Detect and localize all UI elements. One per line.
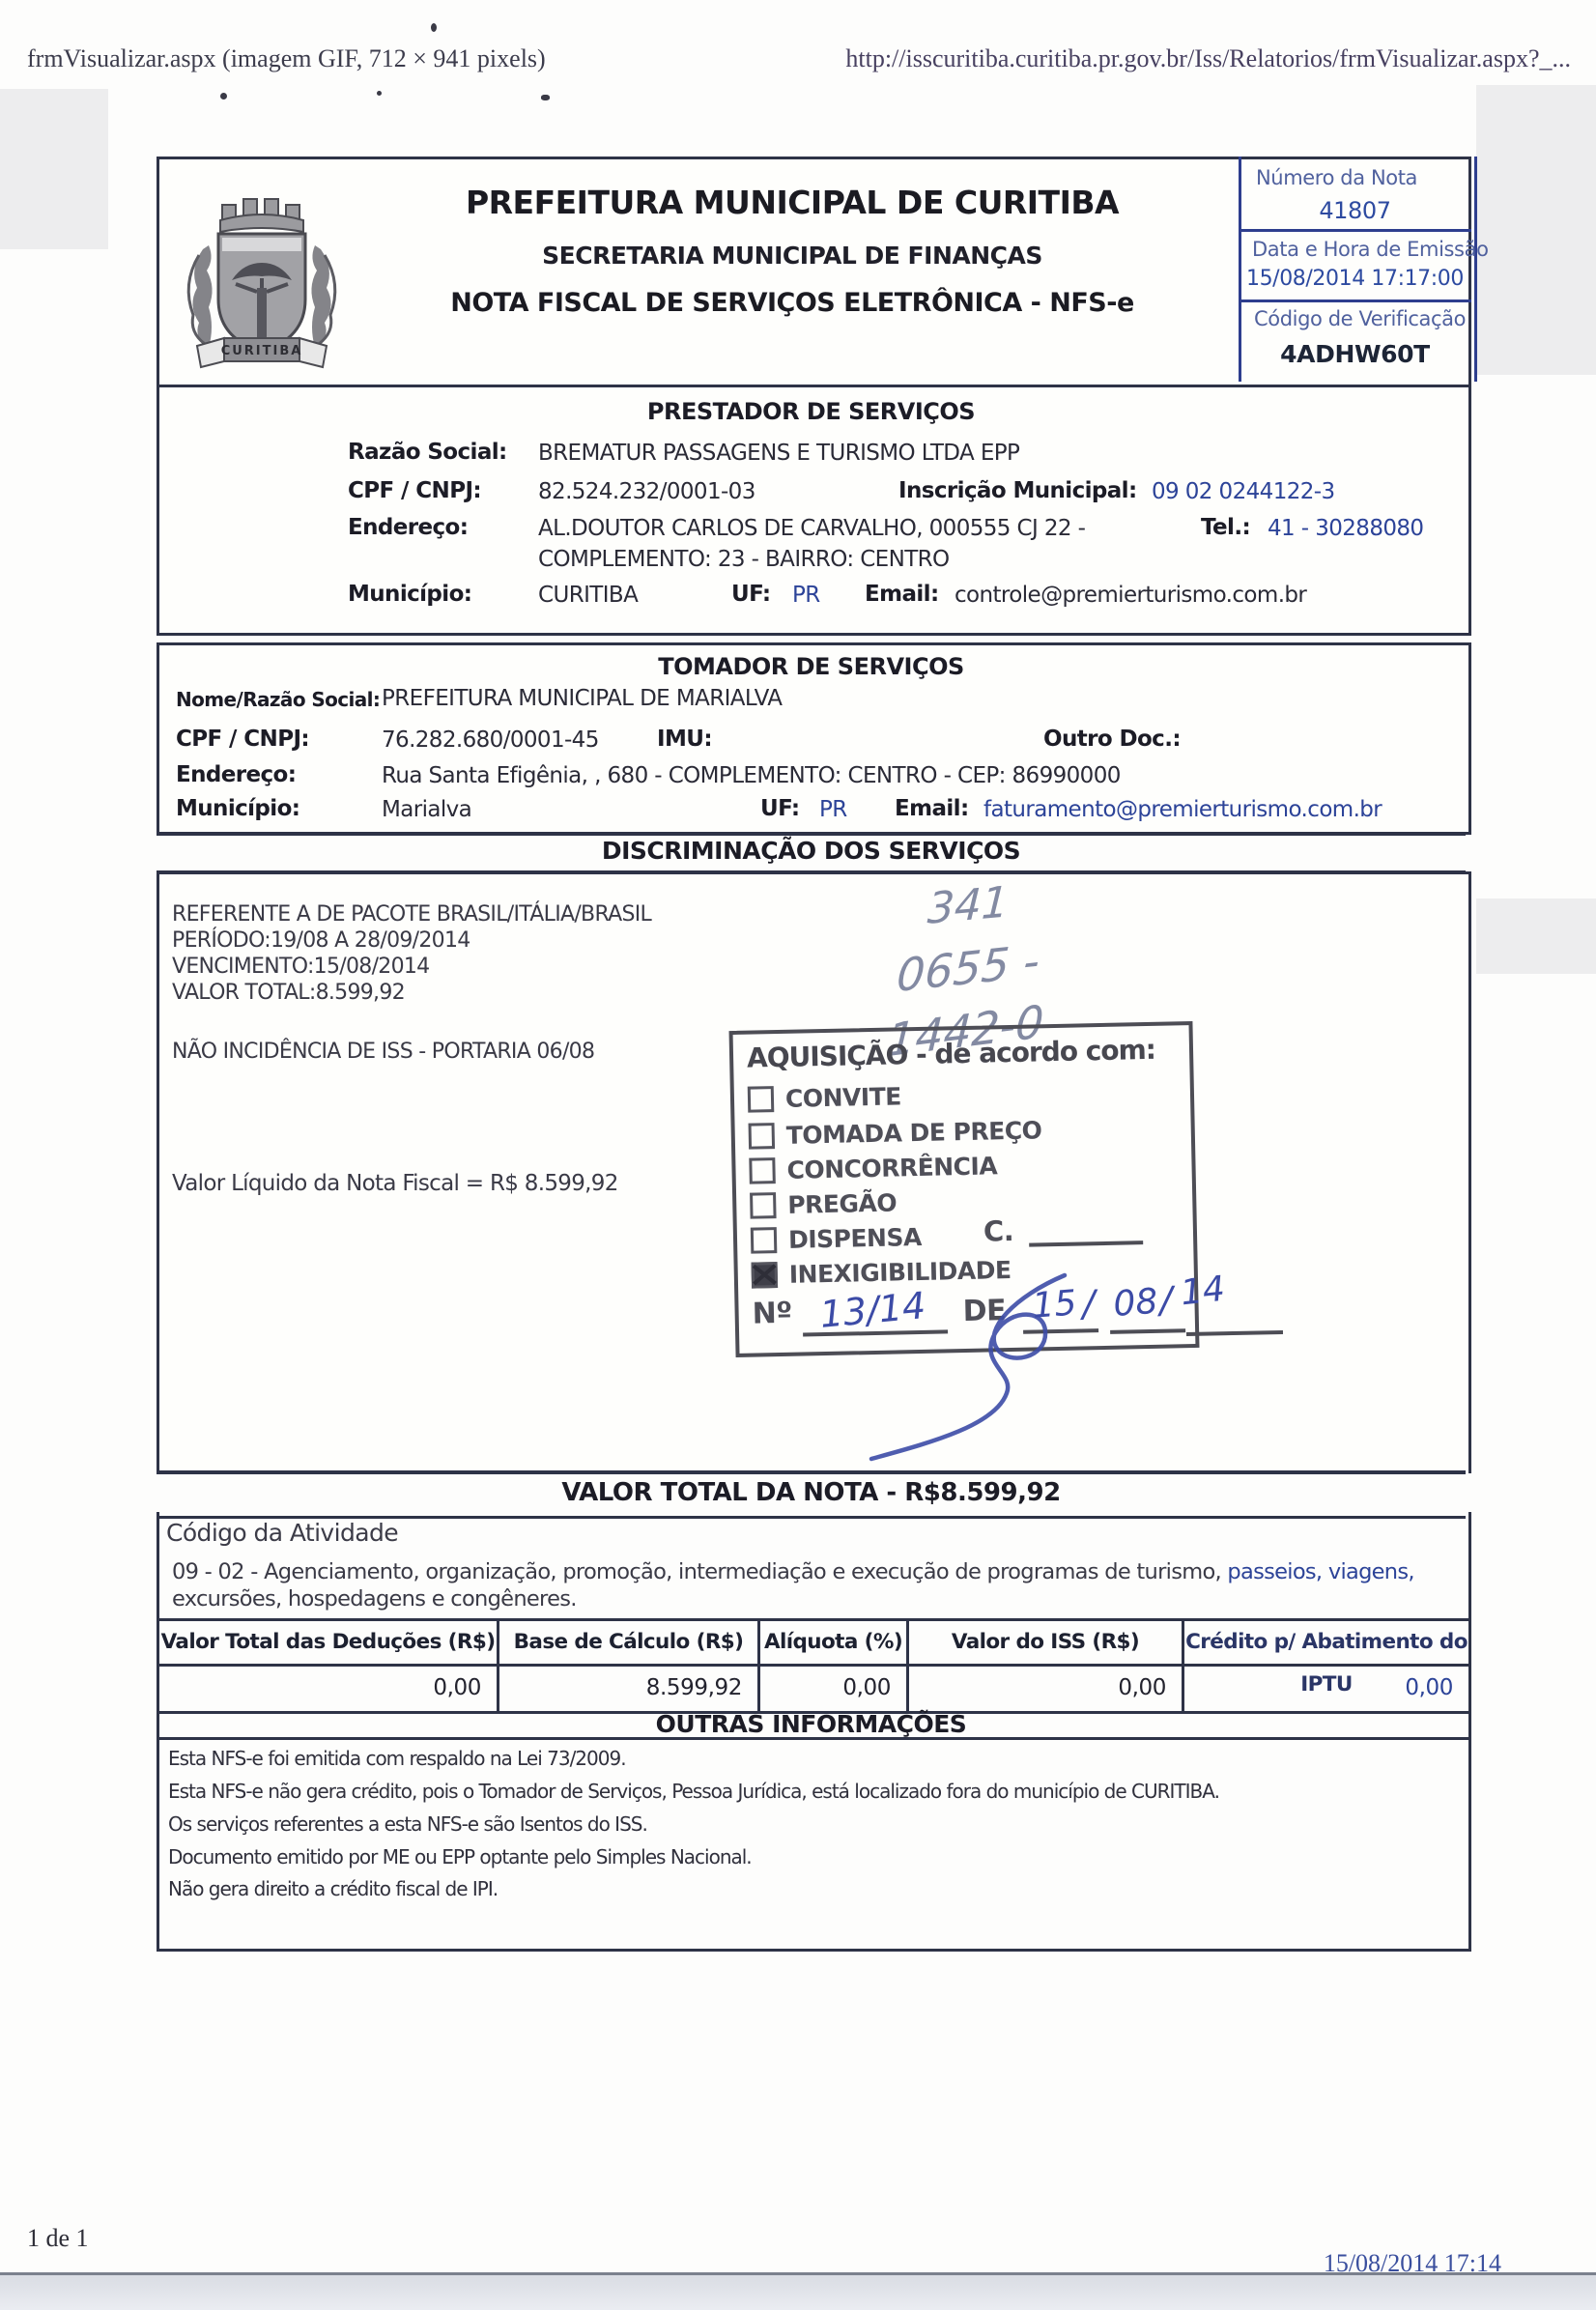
scan-artifact [1476, 85, 1596, 375]
col-header-deducoes: Valor Total das Deduções (R$) [159, 1621, 497, 1667]
valor-total-text: VALOR TOTAL DA NOTA - R$8.599,92 [157, 1478, 1466, 1507]
stamp-option-label: CONVITE [785, 1082, 901, 1113]
servico-line: VENCIMENTO:15/08/2014 [172, 955, 429, 979]
cell-valor-iss: 0,00 [909, 1667, 1182, 1711]
table-col: Valor Total das Deduções (R$) 0,00 [159, 1621, 499, 1711]
table-col: Alíquota (%) 0,00 [760, 1621, 909, 1711]
prestador-im-label: Inscrição Municipal: [898, 478, 1137, 503]
handwritten-year: 14 [1179, 1269, 1227, 1314]
outras-line: Os serviços referentes a esta NFS-e são … [168, 1812, 647, 1836]
outras-title: OUTRAS INFORMAÇÕES [157, 1710, 1466, 1738]
prestador-municipio-value: CURITIBA [538, 583, 638, 608]
outras-line: Documento emitido por ME ou EPP optante … [168, 1845, 752, 1868]
print-header-left: frmVisualizar.aspx (imagem GIF, 712 × 94… [27, 44, 546, 73]
atividade-label: Código da Atividade [166, 1519, 398, 1547]
table-col: Crédito p/ Abatimento do IPTU 0,00 [1184, 1621, 1468, 1711]
checkbox-inexigibilidade-checked [752, 1262, 779, 1289]
tomador-municipio-label: Município: [176, 796, 299, 821]
prestador-razao-label: Razão Social: [348, 440, 507, 465]
divider [1239, 229, 1471, 232]
tomador-municipio-value: Marialva [382, 797, 471, 822]
cell-credito-iptu: 0,00 [1184, 1667, 1468, 1711]
header-title-secretaria: SECRETARIA MUNICIPAL DE FINANÇAS [357, 242, 1227, 270]
handwritten-number: 341 [926, 877, 1010, 934]
table-col: Valor do ISS (R$) 0,00 [909, 1621, 1184, 1711]
outras-line: Não gera direito a crédito fiscal de IPI… [168, 1877, 498, 1900]
prestador-uf-value: PR [792, 583, 820, 608]
tomador-uf-label: UF: [760, 796, 800, 821]
prestador-email-value: controle@premierturismo.com.br [955, 583, 1306, 608]
tomador-nome-label: Nome/Razão Social: [176, 688, 380, 711]
col-header-base-calculo: Base de Cálculo (R$) [499, 1621, 757, 1667]
nota-number-label: Número da Nota [1256, 166, 1417, 189]
tomador-uf-value: PR [819, 797, 847, 822]
verification-code-label: Código de Verificação [1254, 307, 1466, 330]
atividade-desc-line2: excursões, hospedagens e congêneres. [172, 1586, 577, 1611]
col-header-credito-iptu: Crédito p/ Abatimento do IPTU [1184, 1621, 1468, 1667]
stamp-option-label: TOMADA DE PREÇO [785, 1116, 1041, 1150]
scan-bottom-band [0, 2272, 1596, 2310]
header-title-nfse: NOTA FISCAL DE SERVIÇOS ELETRÔNICA - NFS… [357, 288, 1227, 318]
checkbox-concorrencia [749, 1157, 776, 1184]
prestador-im-value: 09 02 0244122-3 [1152, 479, 1335, 504]
outras-line: Esta NFS-e foi emitida com respaldo na L… [168, 1747, 626, 1770]
tomador-email-label: Email: [895, 796, 969, 821]
servico-line: REFERENTE A DE PACOTE BRASIL/ITÁLIA/BRAS… [172, 902, 651, 927]
date-underline [1110, 1328, 1185, 1334]
col-header-aliquota: Alíquota (%) [760, 1621, 906, 1667]
stamp-option-label: CONCORRÊNCIA [786, 1152, 997, 1184]
stamp-option: TOMADA DE PREÇO [748, 1115, 1041, 1150]
discriminacao-title: DISCRIMINAÇÃO DOS SERVIÇOS [157, 837, 1466, 865]
servico-line: PERÍODO:19/08 A 28/09/2014 [172, 928, 470, 953]
prestador-email-label: Email: [865, 582, 939, 607]
cell-deducoes: 0,00 [159, 1667, 497, 1711]
prestador-endereco-label: Endereço: [348, 515, 468, 540]
tax-table: Valor Total das Deduções (R$) 0,00 Base … [157, 1618, 1471, 1714]
curitiba-coat-of-arms: CURITIBA [176, 191, 348, 379]
stamp-option: PREGÃO [750, 1187, 897, 1219]
emission-date-label: Data e Hora de Emissão [1252, 238, 1489, 261]
tomador-email-value: faturamento@premierturismo.com.br [983, 797, 1382, 822]
cell-aliquota: 0,00 [760, 1667, 906, 1711]
print-footer-page: 1 de 1 [27, 2224, 89, 2253]
tomador-cnpj-value: 76.282.680/0001-45 [382, 727, 599, 753]
ink-speck [541, 95, 550, 100]
verification-code-value: 4ADHW60T [1239, 340, 1471, 368]
signature-stroke [831, 1246, 1121, 1478]
tomador-endereco-value: Rua Santa Efigênia, , 680 - COMPLEMENTO:… [382, 763, 1121, 788]
checkbox-convite [748, 1086, 775, 1113]
tomador-cnpj-label: CPF / CNPJ: [176, 727, 309, 752]
print-header-url: http://isscuritiba.curitiba.pr.gov.br/Is… [845, 44, 1571, 73]
valor-liquido-line: Valor Líquido da Nota Fiscal = R$ 8.599,… [172, 1171, 618, 1196]
divider [1239, 299, 1471, 302]
stamp-numero-label: Nº [752, 1297, 792, 1331]
nota-number-value: 41807 [1239, 197, 1471, 224]
stamp-title: AQUISIÇÃO - de acordo com: [747, 1034, 1156, 1074]
nao-incidencia-line: NÃO INCIDÊNCIA DE ISS - PORTARIA 06/08 [172, 1040, 594, 1064]
prestador-tel-label: Tel.: [1201, 515, 1250, 540]
header-title-prefeitura: PREFEITURA MUNICIPAL DE CURITIBA [357, 184, 1227, 221]
atividade-desc-part1: 09 - 02 - Agenciamento, organização, pro… [172, 1559, 1227, 1584]
date-slash: / [1159, 1279, 1173, 1322]
printed-page: frmVisualizar.aspx (imagem GIF, 712 × 94… [0, 0, 1596, 2310]
stamp-c-label: C. [983, 1214, 1014, 1248]
ink-speck [377, 91, 382, 96]
checkbox-pregao [750, 1192, 777, 1219]
stamp-option-label: PREGÃO [787, 1188, 897, 1218]
prestador-municipio-label: Município: [348, 582, 471, 607]
ink-speck [220, 93, 227, 100]
prestador-title: PRESTADOR DE SERVIÇOS [157, 398, 1466, 425]
atividade-desc-part2: passeios, viagens, [1227, 1559, 1413, 1584]
checkbox-dispensa [751, 1227, 778, 1254]
prestador-endereco-value2: COMPLEMENTO: 23 - BAIRRO: CENTRO [538, 547, 950, 572]
col-header-valor-iss: Valor do ISS (R$) [909, 1621, 1182, 1667]
servico-line: VALOR TOTAL:8.599,92 [172, 981, 405, 1005]
stamp-option: CONCORRÊNCIA [749, 1151, 997, 1184]
prestador-uf-label: UF: [731, 582, 771, 607]
stamp-option: CONVITE [748, 1081, 901, 1113]
prestador-cnpj-label: CPF / CNPJ: [348, 478, 481, 503]
scan-artifact [1476, 898, 1596, 974]
tomador-imu-label: IMU: [657, 727, 712, 752]
tomador-title: TOMADOR DE SERVIÇOS [157, 653, 1466, 680]
tomador-outro-doc-label: Outro Doc.: [1043, 727, 1181, 752]
svg-text:CURITIBA: CURITIBA [221, 344, 303, 358]
outras-line: Esta NFS-e não gera crédito, pois o Toma… [168, 1780, 1219, 1803]
ink-speck [431, 23, 437, 32]
prestador-endereco-value: AL.DOUTOR CARLOS DE CARVALHO, 000555 CJ … [538, 516, 1085, 541]
tomador-nome-value: PREFEITURA MUNICIPAL DE MARIALVA [382, 686, 782, 711]
prestador-tel-value: 41 - 30288080 [1268, 516, 1423, 541]
tomador-endereco-label: Endereço: [176, 762, 296, 787]
table-col: Base de Cálculo (R$) 8.599,92 [499, 1621, 760, 1711]
scan-artifact [0, 89, 108, 249]
cell-base-calculo: 8.599,92 [499, 1667, 757, 1711]
emission-date-value: 15/08/2014 17:17:00 [1239, 267, 1471, 291]
atividade-desc-line1: 09 - 02 - Agenciamento, organização, pro… [172, 1559, 1414, 1584]
prestador-razao-value: BREMATUR PASSAGENS E TURISMO LTDA EPP [538, 441, 1019, 466]
prestador-cnpj-value: 82.524.232/0001-03 [538, 479, 755, 504]
checkbox-tomada-de-preco [749, 1123, 776, 1150]
